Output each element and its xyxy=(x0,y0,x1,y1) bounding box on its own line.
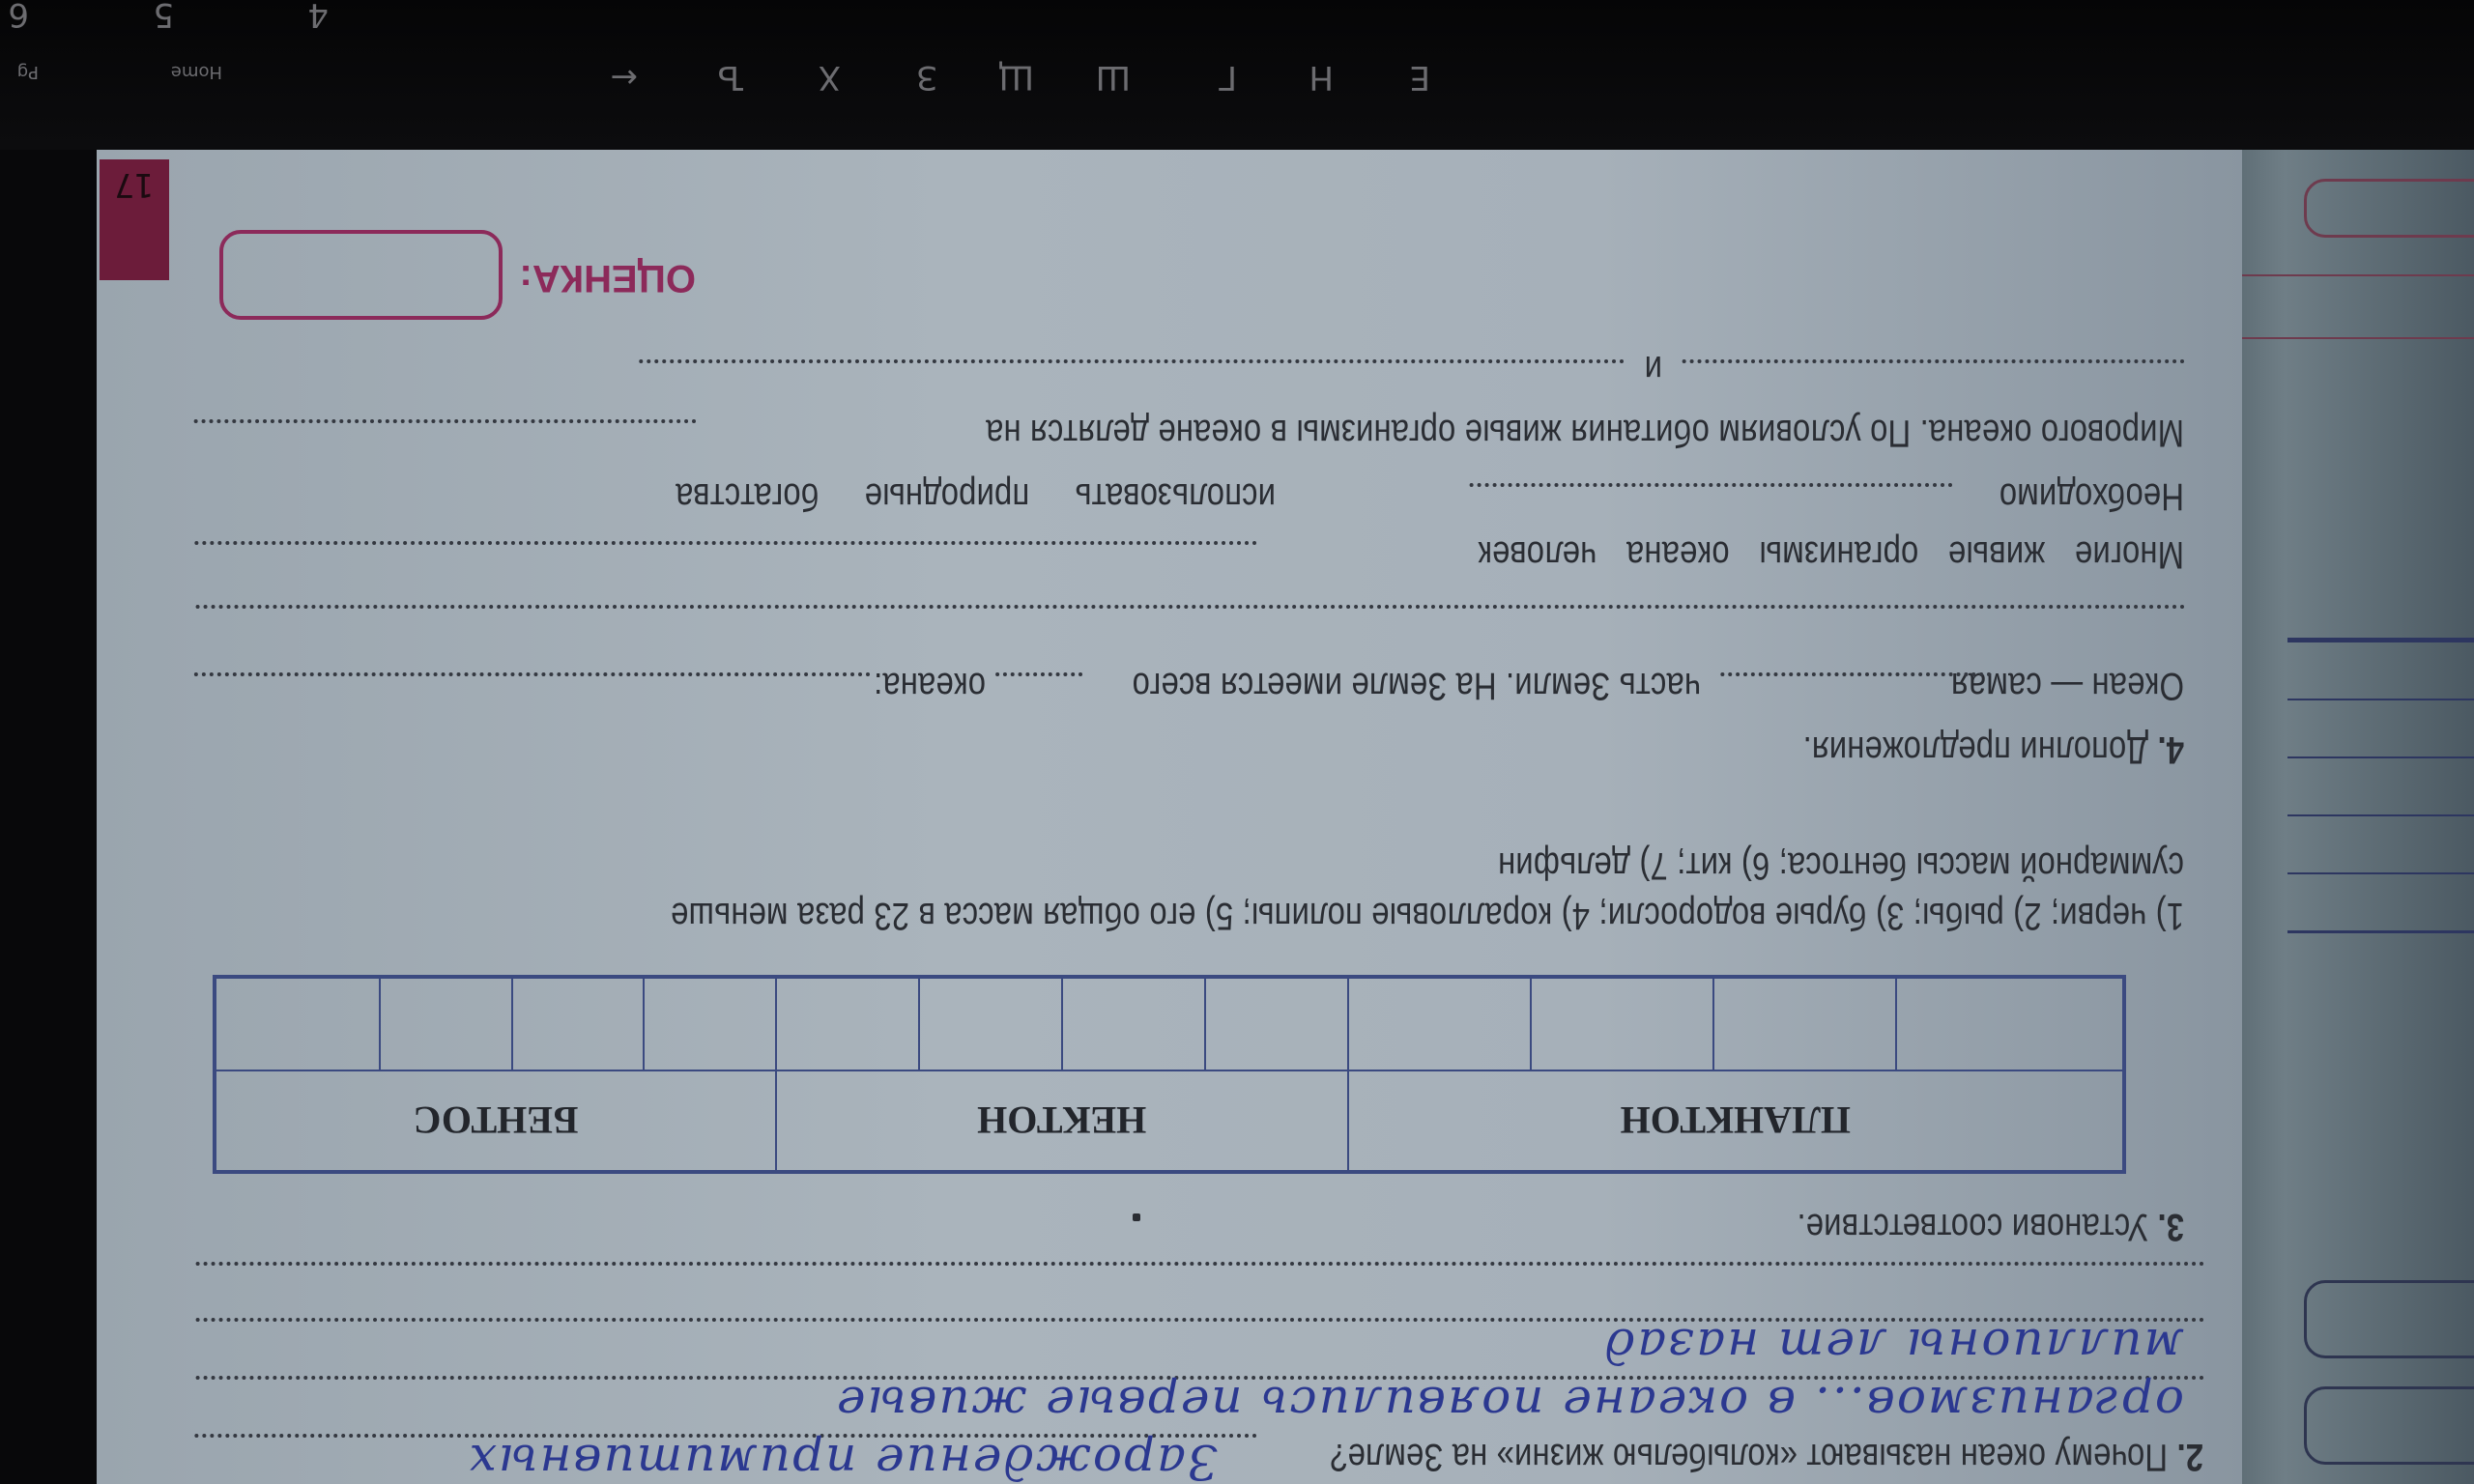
task3-heading: Установи соответствие. xyxy=(1797,1206,2148,1248)
fill-blank[interactable] xyxy=(1720,672,1991,676)
fill-blank[interactable] xyxy=(995,672,1082,676)
fill-blank[interactable] xyxy=(638,359,1624,363)
key-6: 6 xyxy=(8,0,29,34)
key-kh: Х xyxy=(819,58,841,97)
key-pgup: Pg xyxy=(17,62,39,82)
handwritten-answer-2: организмов... в океане появились первые … xyxy=(835,1376,2184,1432)
laptop-keyboard: E H Г Ш Щ З Х Ъ ← Home Pg 4 5 6 xyxy=(0,0,2474,150)
key-g: Г xyxy=(1217,58,1237,97)
task3-items-line1: 1) черви; 2) рыбы; 3) бурые водоросли; 4… xyxy=(671,894,2184,937)
facing-table xyxy=(2287,638,2474,933)
answer-cell[interactable] xyxy=(215,977,380,1070)
key-5: 5 xyxy=(153,0,174,34)
task4-line1-end: океана: xyxy=(874,664,986,707)
task3-number: 3. xyxy=(2157,1206,2184,1248)
grade-label: ОЦЕНКА: xyxy=(519,256,696,300)
task4-line5: Мирового океана. По условиям обитания жи… xyxy=(986,411,2184,454)
page-number: 17 xyxy=(100,165,169,204)
answer-cell[interactable] xyxy=(512,977,645,1070)
answer-cell[interactable] xyxy=(1531,977,1713,1070)
facing-answer-box xyxy=(2304,1280,2474,1358)
answer-cell[interactable] xyxy=(776,977,919,1070)
key-home: Home xyxy=(171,62,222,82)
key-hard-sign: Ъ xyxy=(717,58,744,97)
facing-page xyxy=(2237,150,2474,1484)
key-4: 4 xyxy=(307,0,329,34)
key-e: E xyxy=(1410,58,1430,97)
key-n: H xyxy=(1309,58,1334,97)
task4-number: 4. xyxy=(2157,728,2184,771)
answer-cell[interactable] xyxy=(1062,977,1205,1070)
task3-items-line2: суммарной массы бентоса; 6) кит; 7) дель… xyxy=(1498,843,2184,887)
answer-cell[interactable] xyxy=(1713,977,1896,1070)
key-shch: Щ xyxy=(998,58,1034,97)
answer-line xyxy=(193,1262,2203,1266)
fill-blank[interactable] xyxy=(193,419,696,423)
answer-cell[interactable] xyxy=(644,977,776,1070)
task4-line3: Многие живые организмы океана человек xyxy=(1478,532,2184,576)
grade-box[interactable] xyxy=(219,230,503,320)
task4-line1-start: Океан — самая xyxy=(1951,664,2184,707)
facing-grade-box xyxy=(2304,179,2474,238)
task4-heading: Дополни предложения. xyxy=(1802,728,2148,771)
handwritten-answer-1: Зарождение примитивных xyxy=(468,1434,1218,1484)
task4-conjunction: и xyxy=(1645,347,1662,390)
facing-rule xyxy=(2237,274,2474,276)
backspace-arrow-icon: ← xyxy=(611,58,639,97)
answer-cell[interactable] xyxy=(1896,977,2124,1070)
answer-cell[interactable] xyxy=(380,977,512,1070)
fill-blank[interactable] xyxy=(193,605,2184,609)
photo-scene: E H Г Ш Щ З Х Ъ ← Home Pg 4 5 6 2. Почем… xyxy=(0,0,2474,1484)
workbook-page: 2. Почему океан называют «колыбелью жизн… xyxy=(97,150,2242,1484)
task4-line1-mid: часть Земли. На Земле имеется всего xyxy=(1132,664,1701,707)
task2-number: 2. xyxy=(2176,1436,2203,1478)
fill-blank[interactable] xyxy=(193,541,1256,545)
fill-blank[interactable] xyxy=(1469,483,1952,487)
task4-line4-start: Необходимо xyxy=(1999,474,2184,518)
page-number-tab: 17 xyxy=(100,159,169,280)
handwritten-answer-3: миллионы лет назад xyxy=(1603,1318,2184,1374)
ink-dot xyxy=(1133,1213,1140,1221)
facing-answer-box xyxy=(2304,1386,2474,1465)
table-header-plankton: ПЛАНКТОН xyxy=(1348,1070,2124,1172)
answer-cell[interactable] xyxy=(1348,977,1531,1070)
facing-rule xyxy=(2237,337,2474,339)
table-header-nekton: НЕКТОН xyxy=(776,1070,1348,1172)
table-header-benthos: БЕНТОС xyxy=(215,1070,776,1172)
answer-cell[interactable] xyxy=(919,977,1062,1070)
task2-question: Почему океан называют «колыбелью жизни» … xyxy=(1330,1436,2168,1478)
fill-blank[interactable] xyxy=(193,672,870,676)
matching-table: ПЛАНКТОН НЕКТОН БЕНТОС xyxy=(213,975,2126,1174)
answer-cell[interactable] xyxy=(1205,977,1348,1070)
fill-blank[interactable] xyxy=(1682,359,2184,363)
task4-line4-end: использовать природные богатства xyxy=(676,474,1276,518)
key-z: З xyxy=(916,58,937,97)
key-sh: Ш xyxy=(1096,58,1131,97)
